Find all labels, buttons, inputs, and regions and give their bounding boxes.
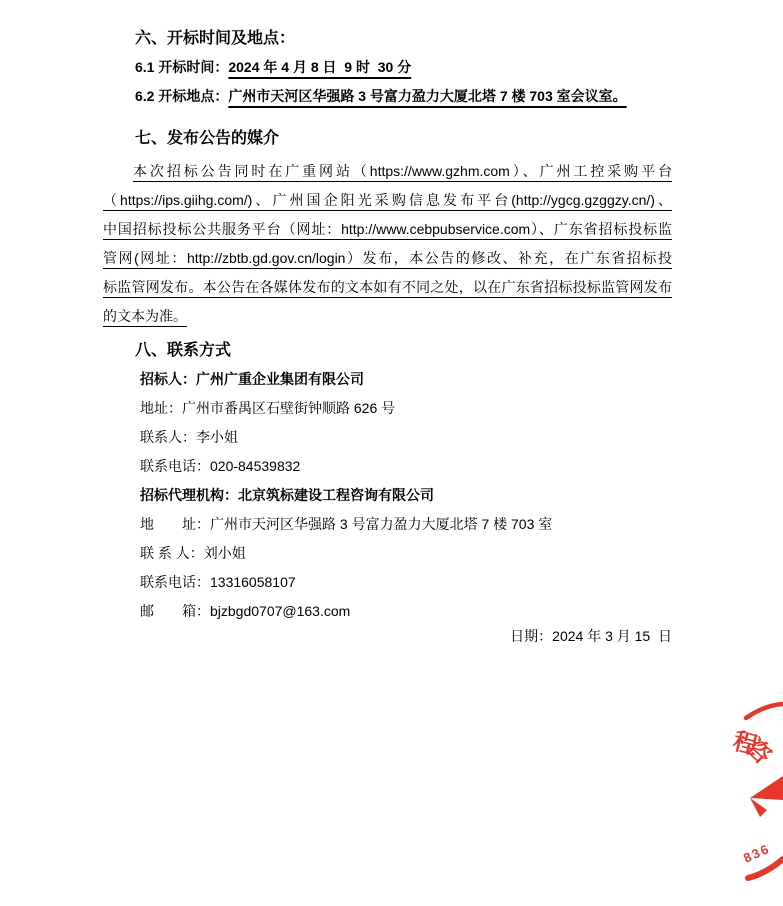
bid-opening-place-label: 6.2 开标地点： (135, 88, 228, 104)
seal-char-1: 程 (730, 728, 760, 760)
tenderer-phone-line: 联系电话：020-84539832 (103, 452, 672, 481)
document-page: 六、开标时间及地点： 6.1 开标时间：2024 年 4 月 8 日 9 时 3… (0, 0, 783, 906)
tenderer-name-line: 招标人：广州广重企业集团有限公司 (103, 365, 672, 394)
tenderer-contact-line: 联系人：李小姐 (103, 423, 672, 452)
announcement-media-paragraph: 本次招标公告同时在广重网站（https://www.gzhm.com）、广州工控… (103, 157, 672, 331)
agency-phone-line: 联系电话：13316058107 (103, 568, 672, 597)
bid-opening-place-line: 6.2 开标地点：广州市天河区华强路 3 号富力盈力大厦北塔 7 楼 703 室… (103, 82, 672, 111)
paragraph-line: 的文本为准。 (103, 302, 672, 331)
bid-opening-time-label: 6.1 开标时间： (135, 59, 228, 75)
paragraph-line: 管网(网址：http://zbtb.gd.gov.cn/login）发布，本公告… (103, 244, 672, 273)
section7-heading: 七、发布公告的媒介 (103, 124, 672, 153)
official-seal-icon: 程 咨 836 (680, 695, 783, 895)
bid-opening-time-value: 2024 年 4 月 8 日 9 时 30 分 (228, 59, 411, 75)
agency-contact-line: 联 系 人：刘小姐 (103, 539, 672, 568)
document-date: 日期：2024 年 3 月 15 日 (103, 622, 672, 651)
seal-star-fragment (750, 798, 767, 817)
section6-heading: 六、开标时间及地点： (103, 24, 672, 53)
paragraph-line: （https://ips.giihg.com/)、广州国企阳光采购信息发布平台(… (103, 186, 672, 215)
paragraph-line: 标监管网发布。本公告在各媒体发布的文本如有不同之处，以在广东省招标投标监管网发布 (103, 273, 672, 302)
paragraph-line: 中国招标投标公共服务平台（网址：http://www.cebpubservice… (103, 215, 672, 244)
seal-char-2: 咨 (740, 734, 776, 770)
tenderer-address-line: 地址：广州市番禺区石壁街钟顺路 626 号 (103, 394, 672, 423)
seal-top-arc (746, 704, 783, 718)
seal-star-fragment (750, 776, 783, 800)
section8-heading: 八、联系方式 (103, 336, 672, 365)
bid-opening-time-line: 6.1 开标时间：2024 年 4 月 8 日 9 时 30 分 (103, 53, 672, 82)
paragraph-line: 本次招标公告同时在广重网站（https://www.gzhm.com）、广州工控… (103, 157, 672, 186)
bid-opening-place-value: 广州市天河区华强路 3 号富力盈力大厦北塔 7 楼 703 室会议室。 (228, 88, 626, 104)
seal-bottom-arc (748, 859, 783, 878)
agency-name-line: 招标代理机构：北京筑标建设工程咨询有限公司 (103, 481, 672, 510)
agency-address-line: 地 址：广州市天河区华强路 3 号富力盈力大厦北塔 7 楼 703 室 (103, 510, 672, 539)
seal-digits: 836 (741, 841, 772, 866)
